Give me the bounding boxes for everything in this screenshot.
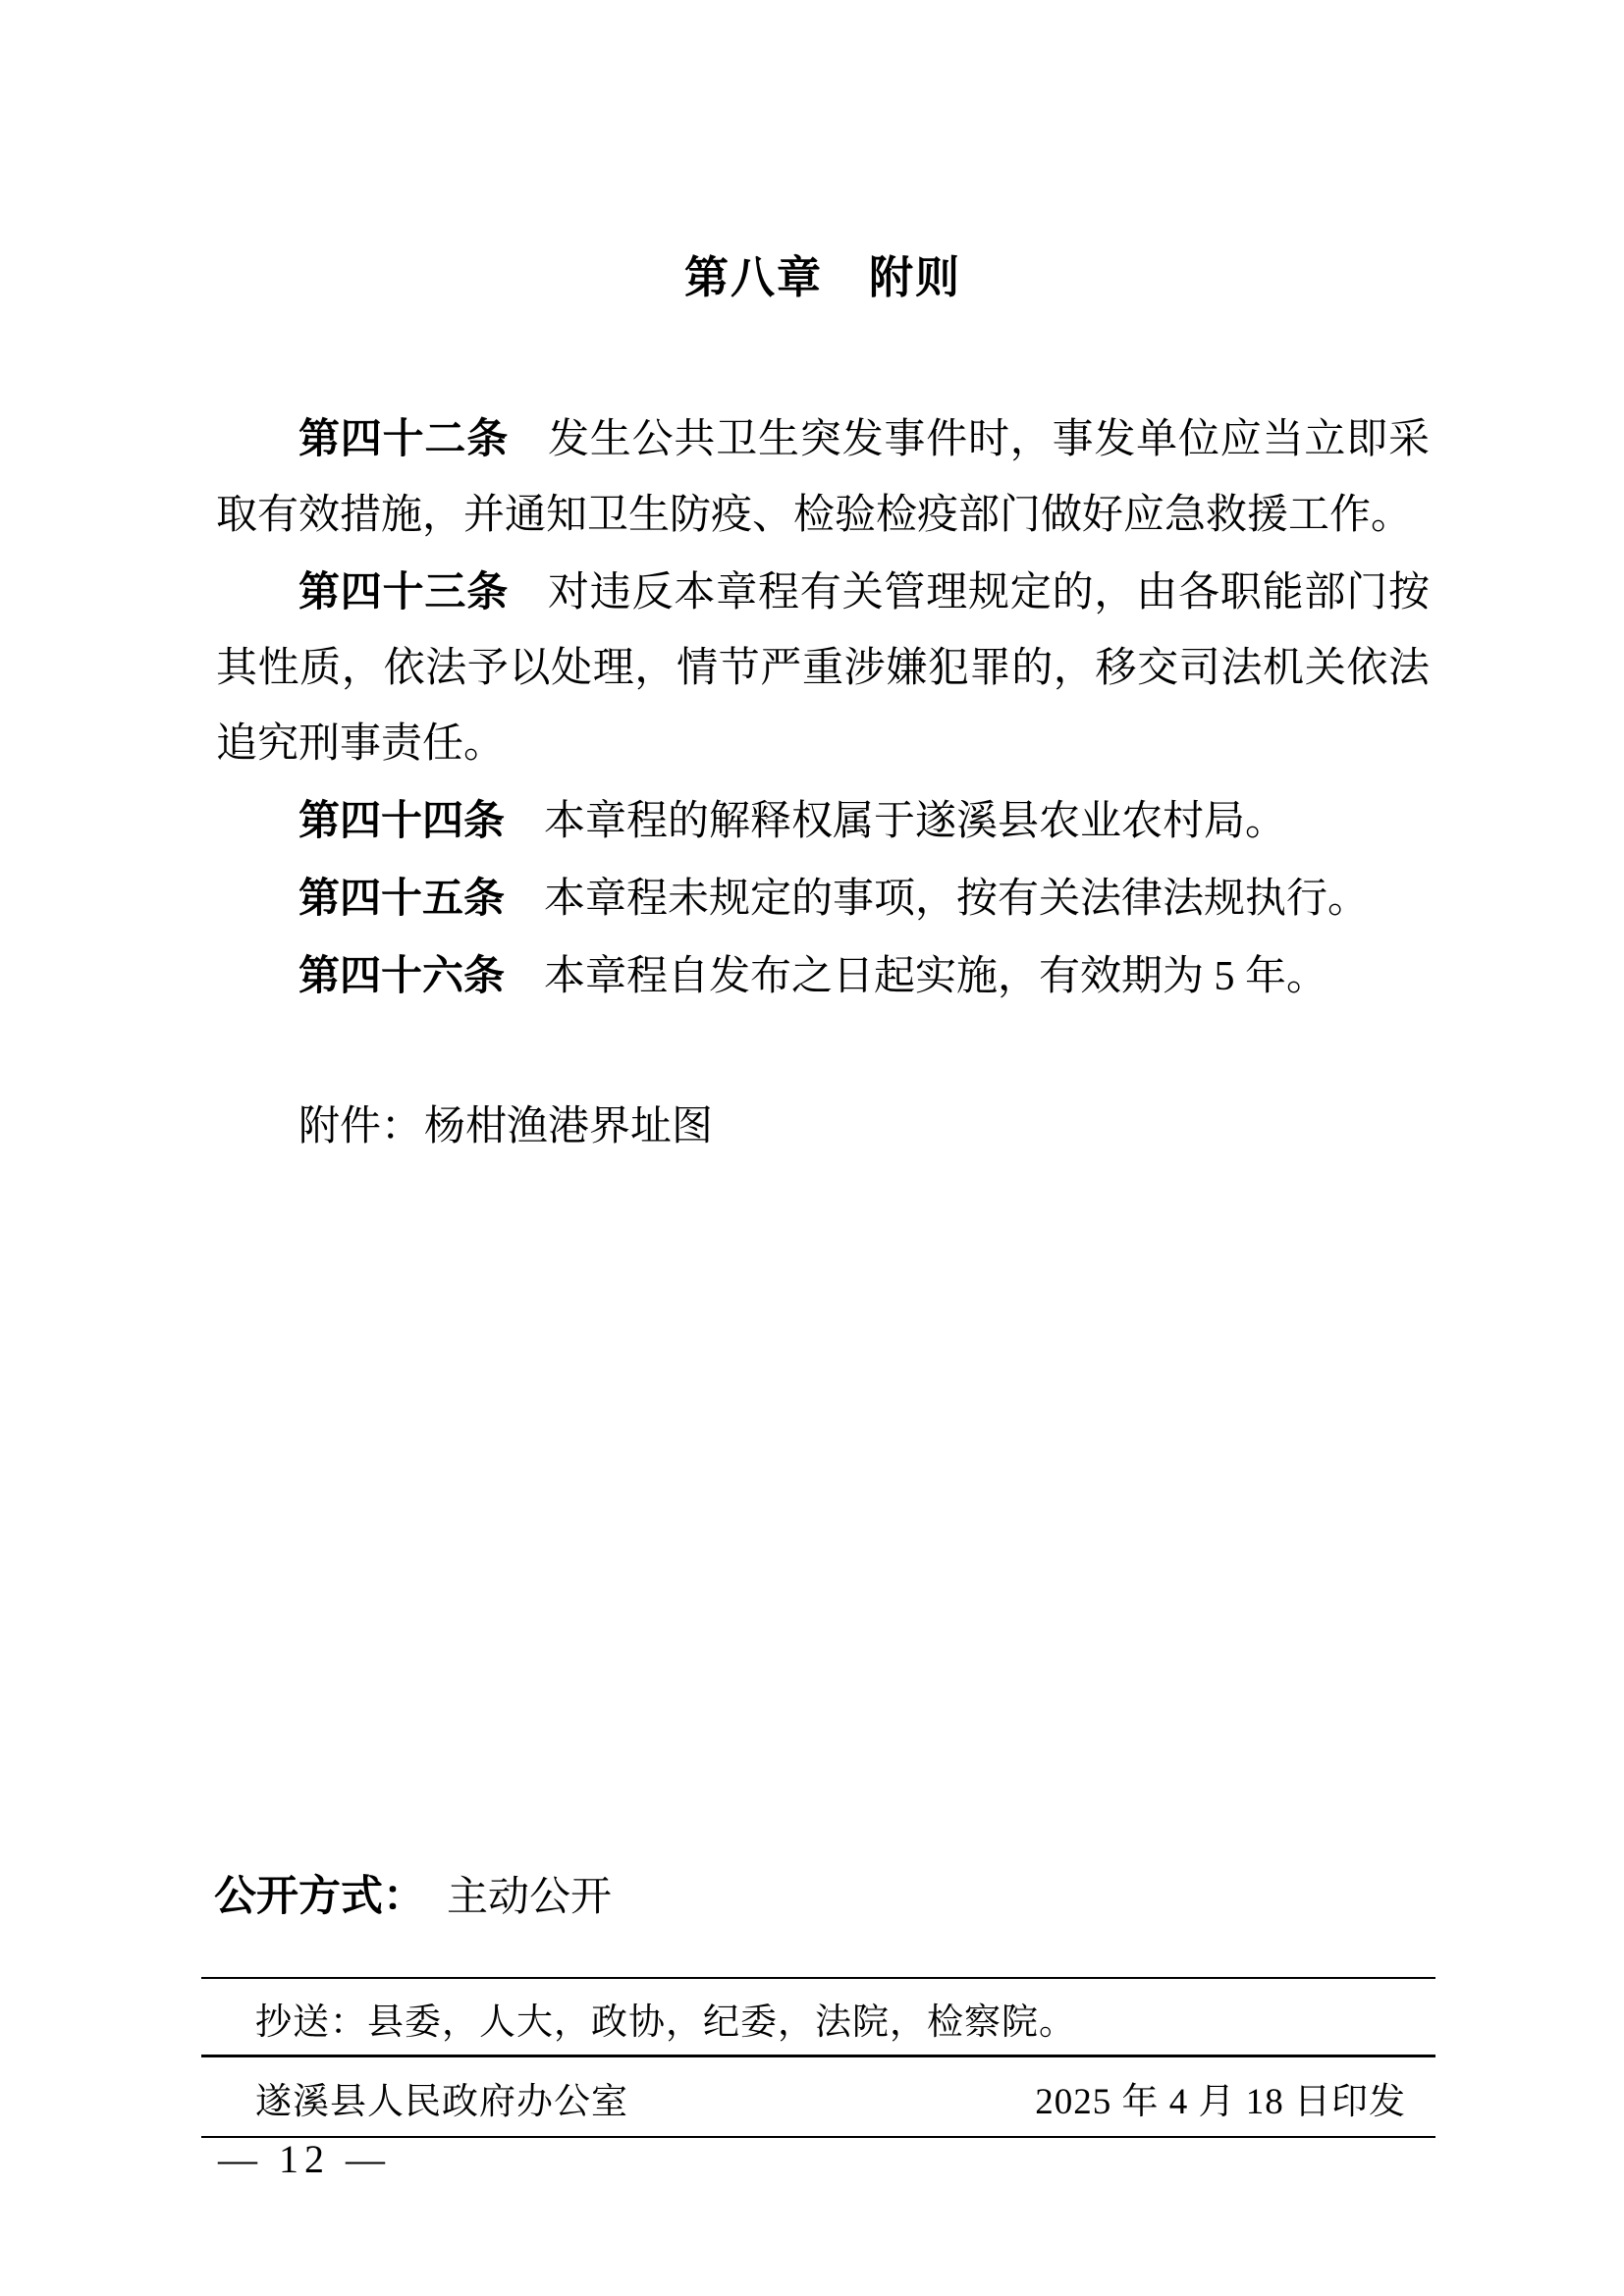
print-date: 2025 年 4 月 18 日印发: [1035, 2071, 1406, 2124]
article-number: 第四十三条: [298, 568, 509, 614]
document-body: 第四十二条发生公共卫生突发事件时，事发单位应当立即采取有效措施，并通知卫生防疫、…: [216, 400, 1430, 1165]
article-text: 本章程未规定的事项，按有关法律法规执行。: [544, 877, 1369, 922]
article-paragraph: 第四十六条本章程自发布之日起实施，有效期为 5 年。: [216, 937, 1430, 1015]
article-text: 本章程自发布之日起实施，有效期为 5 年。: [544, 954, 1327, 999]
chapter-heading: 第八章 附则: [216, 241, 1430, 305]
page-number: — 12 —: [218, 2136, 391, 2182]
publicity-line: 公开方式：主动公开: [214, 1863, 612, 1923]
copy-to-row: 抄送：县委，人大，政协，纪委，法院，检察院。: [201, 1979, 1435, 2057]
publicity-value: 主动公开: [447, 1875, 612, 1920]
article-paragraph: 第四十五条本章程未规定的事项，按有关法律法规执行。: [216, 860, 1430, 937]
issuer-name: 遂溪县人民政府办公室: [255, 2071, 628, 2124]
issuer-row: 遂溪县人民政府办公室 2025 年 4 月 18 日印发: [201, 2057, 1435, 2138]
copy-to-text: 抄送：县委，人大，政协，纪委，法院，检察院。: [255, 2002, 1076, 2043]
article-number: 第四十二条: [298, 415, 509, 461]
article-text: 本章程的解释权属于遂溪县农业农村局。: [544, 799, 1286, 844]
attachment-text: 杨柑渔港界址图: [424, 1104, 713, 1149]
attachment-line: 附件：杨柑渔港界址图: [216, 1090, 1430, 1165]
article-number: 第四十四条: [298, 797, 505, 843]
article-number: 第四十六条: [298, 952, 505, 998]
document-page: 第八章 附则 第四十二条发生公共卫生突发事件时，事发单位应当立即采取有效措施，并…: [0, 0, 1624, 2296]
publicity-label: 公开方式：: [214, 1873, 425, 1920]
colophon: 抄送：县委，人大，政协，纪委，法院，检察院。 遂溪县人民政府办公室 2025 年…: [201, 1977, 1435, 2138]
article-paragraph: 第四十二条发生公共卫生突发事件时，事发单位应当立即采取有效措施，并通知卫生防疫、…: [216, 400, 1430, 554]
article-paragraph: 第四十三条对违反本章程有关管理规定的，由各职能部门按其性质，依法予以处理，情节严…: [216, 554, 1430, 782]
article-number: 第四十五条: [298, 875, 505, 921]
article-paragraph: 第四十四条本章程的解释权属于遂溪县农业农村局。: [216, 782, 1430, 860]
attachment-label: 附件：: [298, 1104, 422, 1149]
